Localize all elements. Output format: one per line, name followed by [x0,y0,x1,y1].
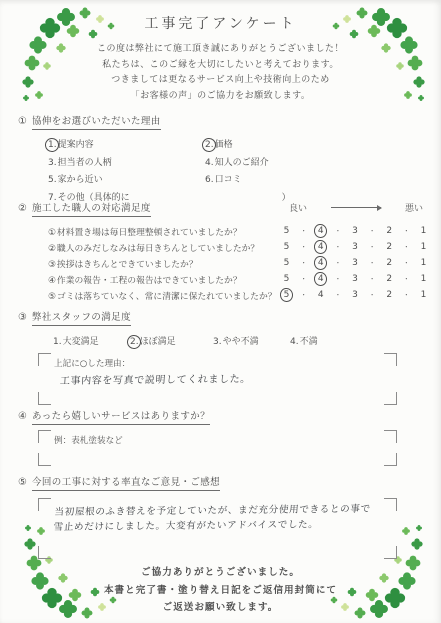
satisfaction-options: 1. 大変満足 2. ほぼ満足 3. やや不満 4. 不満 [53,334,431,347]
footer-text: ご協力ありがとうございました。 本書と完了書・塗り替え日記をご返信用封筒にて ご… [0,564,441,617]
option-number: 4. [205,158,214,168]
question-number: ④ [48,276,56,286]
rating-row: ②職人のみだしなみは毎日きちんとしていましたか？ 5 ・ 4 ・ 3 ・ 2 ・… [18,239,431,255]
bracket-corner [38,453,51,466]
scale-bad-label: 悪い [405,201,423,214]
opinion-comment-box: 当初屋根のふき替えを予定していたが、まだ充分使用できるとの事で 雪止めだけにしま… [38,498,397,559]
service-comment-box: 例：表札塗装など [38,430,397,466]
option-number: 1. [48,140,57,150]
scale-good-label: 良い [289,201,307,214]
rating-3: 3 [352,258,359,268]
dot-separator: ・ [403,226,410,236]
bracket-corner [384,498,397,511]
dot-separator: ・ [300,290,307,300]
section-title: 今回の工事に対する率直なご意見・ご感想 [32,474,220,491]
example-label: 例：表札塗装など [54,434,381,446]
bracket-corner [384,546,397,559]
dot-separator: ・ [369,258,376,268]
dot-separator: ・ [334,242,341,252]
dot-separator: ・ [403,242,410,252]
dot-separator: ・ [403,290,410,300]
question-number: ③ [48,260,56,270]
option-very-satisfied: 1. 大変満足 [53,334,130,347]
option-label: 知人のご紹介 [215,155,269,168]
option-number: 2. [205,140,214,150]
option-number: 3. [213,337,222,347]
dot-separator: ・ [334,290,341,300]
rating-scale: 5 ・ 4 ・ 3 ・ 2 ・ 1 [283,226,431,236]
option-mostly-satisfied: 2. ほぼ満足 [130,334,213,347]
rating-2: 2 [386,242,393,252]
section-heading: ⑤ 今回の工事に対する率直なご意見・ご感想 [18,474,431,491]
rating-2: 2 [386,258,393,268]
dot-separator: ・ [403,274,410,284]
good-to-bad-arrow-icon [331,207,381,208]
option-label: 家から近い [58,172,103,185]
rating-scale: 5 ・ 4 ・ 3 ・ 2 ・ 1 [283,290,431,300]
option-near-home: 5. 家から近い [48,172,205,185]
option-referral: 4. 知人のご紹介 [205,155,431,168]
section-title: 弊社スタッフの満足度 [32,309,131,326]
option-label: 価格 [215,137,233,150]
rating-1: 1 [420,274,427,284]
section-frank-opinions: ⑤ 今回の工事に対する率直なご意見・ご感想 当初屋根のふき替えを予定していたが、… [18,474,431,559]
question-number: ⑤ [48,292,56,302]
dot-separator: ・ [369,290,376,300]
question-text: 挨拶はきちんとできていましたか？ [57,260,198,270]
question-text: 材料置き場は毎日整理整頓されていましたか？ [57,228,242,238]
option-price: 2. 価格 [205,137,431,150]
section-heading: ③ 弊社スタッフの満足度 [18,309,431,326]
rating-5: 5 [283,290,290,300]
intro-line: 「お客様の声」のご協力をお願致します。 [0,89,441,105]
option-staff-personality: 3. 担当者の人柄 [48,155,205,168]
section-heading: ① 協伸をお選びいただいた理由 [18,113,431,130]
section-number: ④ [18,411,27,422]
option-label: 不満 [300,334,318,347]
option-number: 2. [130,337,139,347]
bracket-corner [38,353,51,366]
section-desired-services: ④ あったら嬉しいサービスはありますか？ 例：表札塗装など [18,408,431,466]
section-staff-satisfaction: ③ 弊社スタッフの満足度 1. 大変満足 2. ほぼ満足 3. やや不満 4. … [18,309,431,405]
handwritten-reason: 工事内容を写真で説明してくれました。 [60,370,252,387]
page-title: 工事完了アンケート [0,13,441,33]
option-label: ほぼ満足 [140,334,176,347]
footer-line: ご返送お願い致します。 [0,599,441,617]
rating-1: 1 [420,242,427,252]
rating-2: 2 [386,226,393,236]
option-somewhat-dissatisfied: 3. やや不満 [213,334,290,347]
option-label: やや不満 [223,334,259,347]
reason-options: 1. 提案内容 2. 価格 3. 担当者の人柄 4. 知人のご紹介 5. 家から… [48,137,431,203]
rating-scale: 5 ・ 4 ・ 3 ・ 2 ・ 1 [283,274,431,284]
rating-3: 3 [352,274,359,284]
option-label: 担当者の人柄 [58,155,112,168]
rating-row: ④作業の報告・工程の報告はできていましたか？ 5 ・ 4 ・ 3 ・ 2 ・ 1 [18,271,431,287]
option-number: 6. [205,175,214,185]
section-title: あったら嬉しいサービスはありますか？ [32,408,210,425]
question-text: 作業の報告・工程の報告はできていましたか？ [57,276,242,286]
survey-sheet: 工事完了アンケート この度は弊社にて施工頂き誠にありがとうございました！ 私たち… [0,0,441,623]
question-number: ② [48,244,56,254]
dot-separator: ・ [334,258,341,268]
intro-line: 私たちは、このご縁を大切にしたいと考えております。 [0,58,441,74]
rating-3: 3 [352,242,359,252]
dot-separator: ・ [334,274,341,284]
handwritten-opinion-line: 雪止めだけにしました。大変有がたいアドバイスでした。 [53,517,370,535]
dot-separator: ・ [300,274,307,284]
option-label: 大変満足 [63,334,99,347]
rating-1: 1 [420,226,427,236]
rating-4: 4 [317,226,324,236]
section-heading: ② 施工した職人の対応満足度 良い 悪い [18,200,431,217]
question-text: 職人のみだしなみは毎日きちんとしていましたか？ [57,244,259,254]
rating-scale: 5 ・ 4 ・ 3 ・ 2 ・ 1 [283,242,431,252]
rating-row: ①材料置き場は毎日整理整頓されていましたか？ 5 ・ 4 ・ 3 ・ 2 ・ 1 [18,223,431,239]
section-title: 協伸をお選びいただいた理由 [32,113,161,130]
intro-text: この度は弊社にて施工頂き誠にありがとうございました！ 私たちは、このご縁を大切に… [0,42,441,104]
section-number: ③ [18,312,27,323]
dot-separator: ・ [369,242,376,252]
rating-5: 5 [283,226,290,236]
intro-line: つきましては更なるサービス向上や技術向上のため [0,73,441,89]
bracket-corner [384,353,397,366]
rating-4: 4 [317,258,324,268]
dot-separator: ・ [403,258,410,268]
section-number: ① [18,116,27,127]
rating-row: ⑤ゴミは落ちていなく、常に清潔に保たれていましたか？ 5 ・ 4 ・ 3 ・ 2… [18,287,431,303]
rating-3: 3 [352,290,359,300]
scale-legend: 良い 悪い [283,201,431,214]
option-proposal: 1. 提案内容 [48,137,205,150]
bracket-corner [384,392,397,405]
bracket-corner [384,430,397,443]
rating-2: 2 [386,290,393,300]
rating-4: 4 [317,274,324,284]
section-heading: ④ あったら嬉しいサービスはありますか？ [18,408,431,425]
question-number: ① [48,228,56,238]
section-reason-for-choosing: ① 協伸をお選びいただいた理由 1. 提案内容 2. 価格 3. 担当者の人柄 … [18,113,431,203]
reason-comment-box: 上記に○した理由： 工事内容を写真で説明してくれました。 [38,353,397,405]
rating-5: 5 [283,258,290,268]
option-number: 4. [290,337,299,347]
rating-5: 5 [283,242,290,252]
dot-separator: ・ [300,242,307,252]
rating-rows: ①材料置き場は毎日整理整頓されていましたか？ 5 ・ 4 ・ 3 ・ 2 ・ 1… [18,223,431,303]
rating-scale: 5 ・ 4 ・ 3 ・ 2 ・ 1 [283,258,431,268]
reason-label: 上記に○した理由： [54,357,381,369]
option-dissatisfied: 4. 不満 [290,334,318,347]
option-number: 5. [48,175,57,185]
section-number: ⑤ [18,477,27,488]
dot-separator: ・ [300,226,307,236]
intro-line: この度は弊社にて施工頂き誠にありがとうございました！ [0,42,441,58]
rating-3: 3 [352,226,359,236]
option-number: 1. [53,337,62,347]
bracket-corner [38,430,51,443]
bracket-corner [384,453,397,466]
question-text: ゴミは落ちていなく、常に清潔に保たれていましたか？ [57,292,277,302]
bracket-corner [38,498,51,511]
rating-2: 2 [386,274,393,284]
section-worker-satisfaction: ② 施工した職人の対応満足度 良い 悪い ①材料置き場は毎日整理整頓されていまし… [18,200,431,303]
option-label: 提案内容 [58,137,94,150]
dot-separator: ・ [300,258,307,268]
bracket-corner [38,392,51,405]
footer-line: 本書と完了書・塗り替え日記をご返信用封筒にて [0,582,441,600]
section-number: ② [18,203,27,214]
dot-separator: ・ [369,226,376,236]
section-title: 施工した職人の対応満足度 [32,200,151,217]
rating-row: ③挨拶はきちんとできていましたか？ 5 ・ 4 ・ 3 ・ 2 ・ 1 [18,255,431,271]
option-label: 口コミ [215,172,242,185]
option-number: 3. [48,158,57,168]
footer-line: ご協力ありがとうございました。 [0,564,441,582]
dot-separator: ・ [369,274,376,284]
rating-1: 1 [420,290,427,300]
rating-1: 1 [420,258,427,268]
option-word-of-mouth: 6. 口コミ [205,172,431,185]
rating-5: 5 [283,274,290,284]
dot-separator: ・ [334,226,341,236]
rating-4: 4 [317,290,324,300]
bracket-corner [38,546,51,559]
rating-4: 4 [317,242,324,252]
